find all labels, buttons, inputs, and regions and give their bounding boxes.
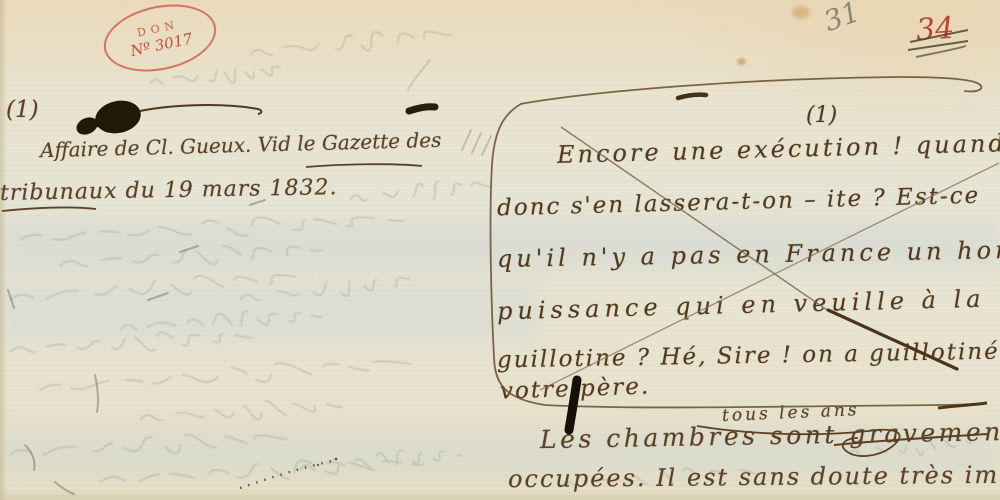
- boxed-line-6: votre père.: [500, 373, 651, 404]
- ghost-accent-group: [8, 60, 491, 494]
- heading-tribunaux: tribunaux: [0, 179, 118, 206]
- manuscript-page: DON Nº 3017 31 34 (1) Affaire de Cl. Gue…: [0, 0, 1000, 500]
- heading-date: du 19 mars 1832.: [125, 175, 337, 204]
- footer-line-1-struck: gravement: [849, 417, 1000, 449]
- footer-line-2: occupées. Il est sans doute très im: [508, 461, 999, 493]
- footer-line-1-main: Les chambres sont: [540, 420, 838, 454]
- boxed-note-mark: (1): [806, 103, 837, 128]
- margin-note: (1): [6, 97, 39, 123]
- heading-gazette-ref: Vid le Gazette des: [257, 128, 441, 157]
- ink-speck-trail: [240, 458, 337, 488]
- folio-number-crossed: 34: [915, 11, 956, 49]
